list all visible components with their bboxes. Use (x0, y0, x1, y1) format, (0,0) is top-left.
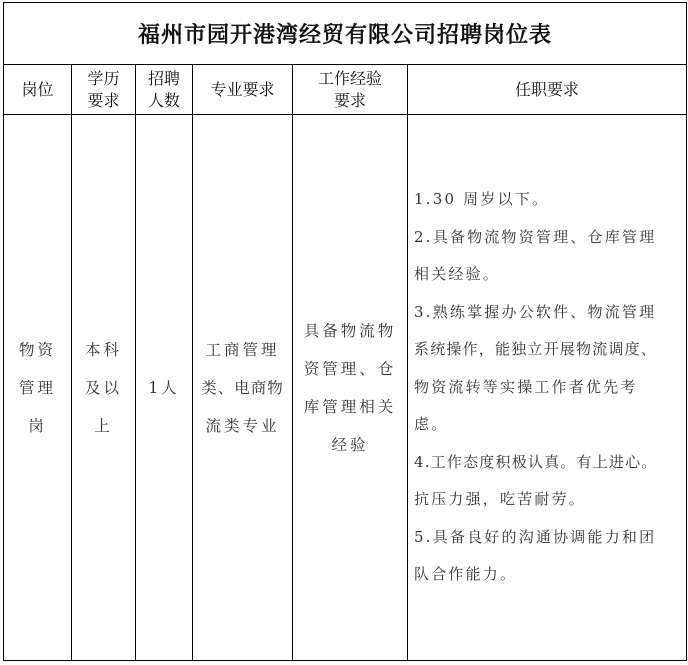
header-major-text: 专业要求 (193, 79, 292, 101)
header-duties: 任职要求 (408, 65, 687, 115)
major-line: 类、电商物 (193, 369, 292, 407)
duty-line: 抗压力强，吃苦耐劳。 (414, 481, 682, 519)
header-position-text: 岗位 (4, 79, 71, 101)
header-position: 岗位 (4, 65, 72, 115)
major-line: 工商管理 (193, 331, 292, 369)
header-headcount: 招聘 人数 (136, 65, 193, 115)
header-education-line1: 学历 (72, 68, 135, 90)
header-headcount-line1: 招聘 (136, 68, 192, 90)
cell-duties: 1.30 周岁以下。 2.具备物流物资管理、仓库管理 相关经验。 3.熟练掌握办… (408, 115, 687, 661)
duty-line: 队合作能力。 (414, 556, 682, 594)
header-education-line2: 要求 (72, 90, 135, 112)
duty-line: 2.具备物流物资管理、仓库管理 (414, 219, 682, 257)
header-major: 专业要求 (193, 65, 293, 115)
cell-major: 工商管理 类、电商物 流类专业 (193, 115, 293, 661)
table-row: 物资 管理 岗 本科 及以 上 1人 工商管理 类、电商物 流类专业 具备物流物… (4, 115, 687, 661)
cell-experience: 具备物流物 资管理、仓 库管理相关 经验 (293, 115, 408, 661)
major-line: 流类专业 (193, 407, 292, 445)
duty-line: 系统操作，能独立开展物流调度、 (414, 331, 682, 369)
header-row: 岗位 学历 要求 招聘 人数 专业要求 工作经验 要求 任职要求 (4, 65, 687, 115)
header-duties-text: 任职要求 (408, 79, 686, 101)
duty-line: 4.工作态度积极认真。有上进心。 (414, 444, 682, 482)
header-experience-line1: 工作经验 (293, 68, 407, 90)
cell-position: 物资 管理 岗 (4, 115, 72, 661)
position-line: 物资 (4, 331, 71, 369)
duty-line: 虑。 (414, 406, 682, 444)
headcount-value: 1人 (136, 369, 192, 407)
experience-line: 经验 (293, 426, 407, 464)
table-title: 福州市园开港湾经贸有限公司招聘岗位表 (4, 3, 687, 65)
education-line: 上 (72, 407, 135, 445)
duty-line: 3.熟练掌握办公软件、物流管理 (414, 294, 682, 332)
duty-line: 相关经验。 (414, 256, 682, 294)
experience-line: 具备物流物 (293, 312, 407, 350)
header-experience: 工作经验 要求 (293, 65, 408, 115)
experience-line: 库管理相关 (293, 388, 407, 426)
header-headcount-line2: 人数 (136, 90, 192, 112)
cell-education: 本科 及以 上 (72, 115, 136, 661)
duty-line: 5.具备良好的沟通协调能力和团 (414, 519, 682, 557)
header-education: 学历 要求 (72, 65, 136, 115)
position-line: 岗 (4, 407, 71, 445)
cell-headcount: 1人 (136, 115, 193, 661)
job-table: 福州市园开港湾经贸有限公司招聘岗位表 岗位 学历 要求 招聘 人数 专业要求 工… (3, 2, 687, 661)
education-line: 本科 (72, 331, 135, 369)
duty-line: 物资流转等实操工作者优先考 (414, 369, 682, 407)
education-line: 及以 (72, 369, 135, 407)
position-line: 管理 (4, 369, 71, 407)
experience-line: 资管理、仓 (293, 350, 407, 388)
duty-line: 1.30 周岁以下。 (414, 181, 682, 219)
recruitment-sheet: 福州市园开港湾经贸有限公司招聘岗位表 岗位 学历 要求 招聘 人数 专业要求 工… (3, 2, 686, 661)
header-experience-line2: 要求 (293, 90, 407, 112)
